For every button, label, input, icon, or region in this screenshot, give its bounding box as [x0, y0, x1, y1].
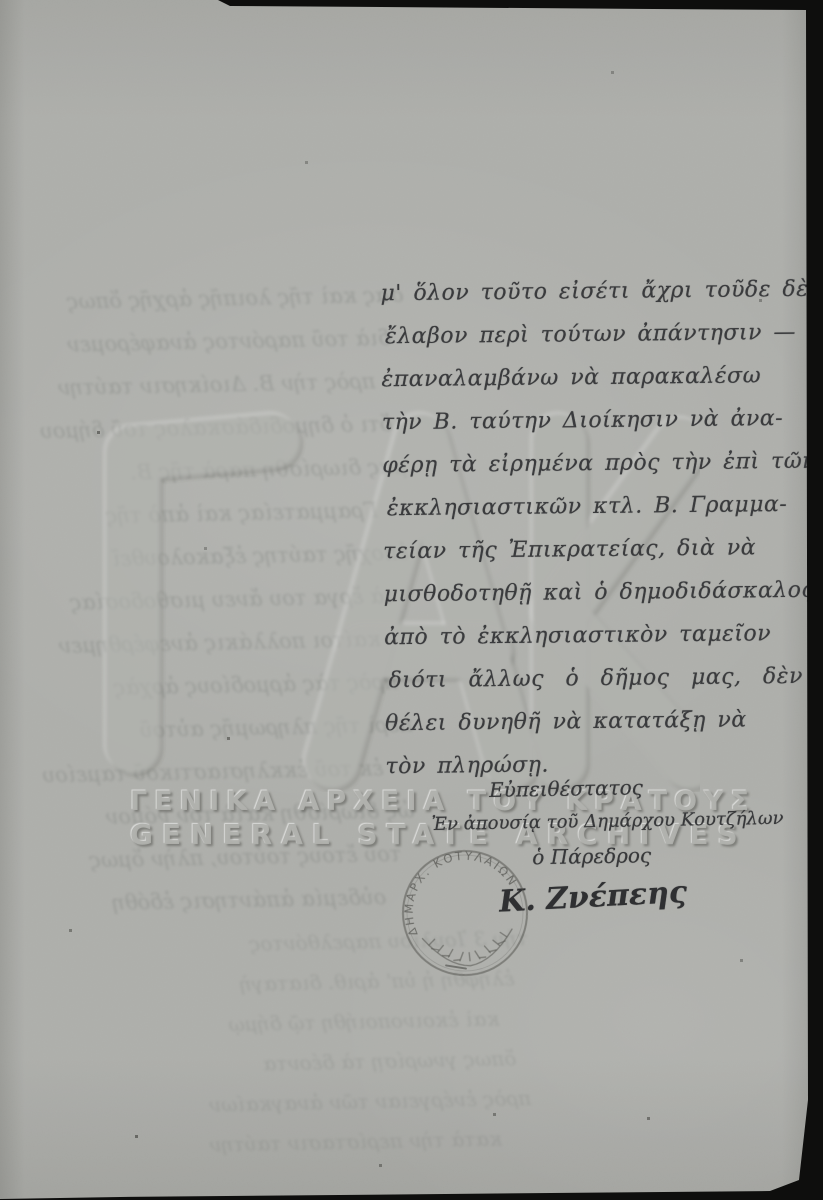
- handwriting-line: ἐπαναλαμβάνω νὰ παρακαλέσω: [381, 354, 811, 402]
- paper-specks: [0, 0, 1, 1]
- signer-title: ὁ Πάρεδρος: [532, 837, 773, 874]
- stamp-text: ΔΗΜΑΡΧ. ΚΟΤΥΛΑΙΩΝ: [395, 843, 525, 938]
- handwriting-line: τείαν τῆς Ἐπικρατείας, διὰ νὰ: [383, 526, 813, 574]
- handwriting-line: ἔλαβον περὶ τούτων ἀπάντησιν —: [385, 311, 811, 358]
- valediction: Εὐπειθέστατος: [489, 769, 772, 807]
- handwriting-line: θέλει δυνηθῆ νὰ κατατάξῃ νὰ: [385, 698, 815, 746]
- bleed-line: κατὰ τὴν περίστασιν ταύτην: [132, 1118, 503, 1166]
- bleed-line: οὐδεμία ἀπάντησις ἐδόθη: [0, 876, 387, 927]
- handwriting-line: διότι ἄλλως ὁ δῆμος μας, δὲν: [388, 655, 814, 702]
- svg-text:ΔΗΜΑΡΧ. ΚΟΤΥΛΑΙΩΝ: ΔΗΜΑΡΧ. ΚΟΤΥΛΑΙΩΝ: [395, 843, 525, 938]
- handwritten-body-text: μ' ὅλον τοῦτο εἰσέτι ἄχρι τοῦδε δὲν ἔλαβ…: [380, 268, 815, 788]
- handwriting-line: ἀπὸ τὸ ἐκκλησιαστικὸν ταμεῖον: [384, 612, 814, 660]
- handwriting-line: ἐκκλησιαστικῶν κτλ. Β. Γραμμα-: [387, 483, 813, 530]
- handwriting-line: τὴν Β. ταύτην Διοίκησιν νὰ ἀνα-: [382, 397, 812, 445]
- handwriting-line: μ' ὅλον τοῦτο εἰσέτι ἄχρι τοῦδε δὲν: [380, 268, 810, 316]
- handwriting-line: φέρῃ τὰ εἰρημένα πρὸς τὴν ἐπὶ τῶν: [382, 440, 812, 488]
- paper-sheet: σας καὶ τῆς λοιπῆς ἀρχῆς ὅπως διὰ τοῦ πα…: [0, 0, 823, 1200]
- document-scan: σας καὶ τῆς λοιπῆς ἀρχῆς ὅπως διὰ τοῦ πα…: [0, 0, 823, 1200]
- place-date-line: Ἐν ἀπουσίᾳ τοῦ Δημάρχου Κουτζήλων: [431, 802, 772, 841]
- handwriting-line: μισθοδοτηθῇ καὶ ὁ δημοδιδάσκαλος: [383, 569, 813, 617]
